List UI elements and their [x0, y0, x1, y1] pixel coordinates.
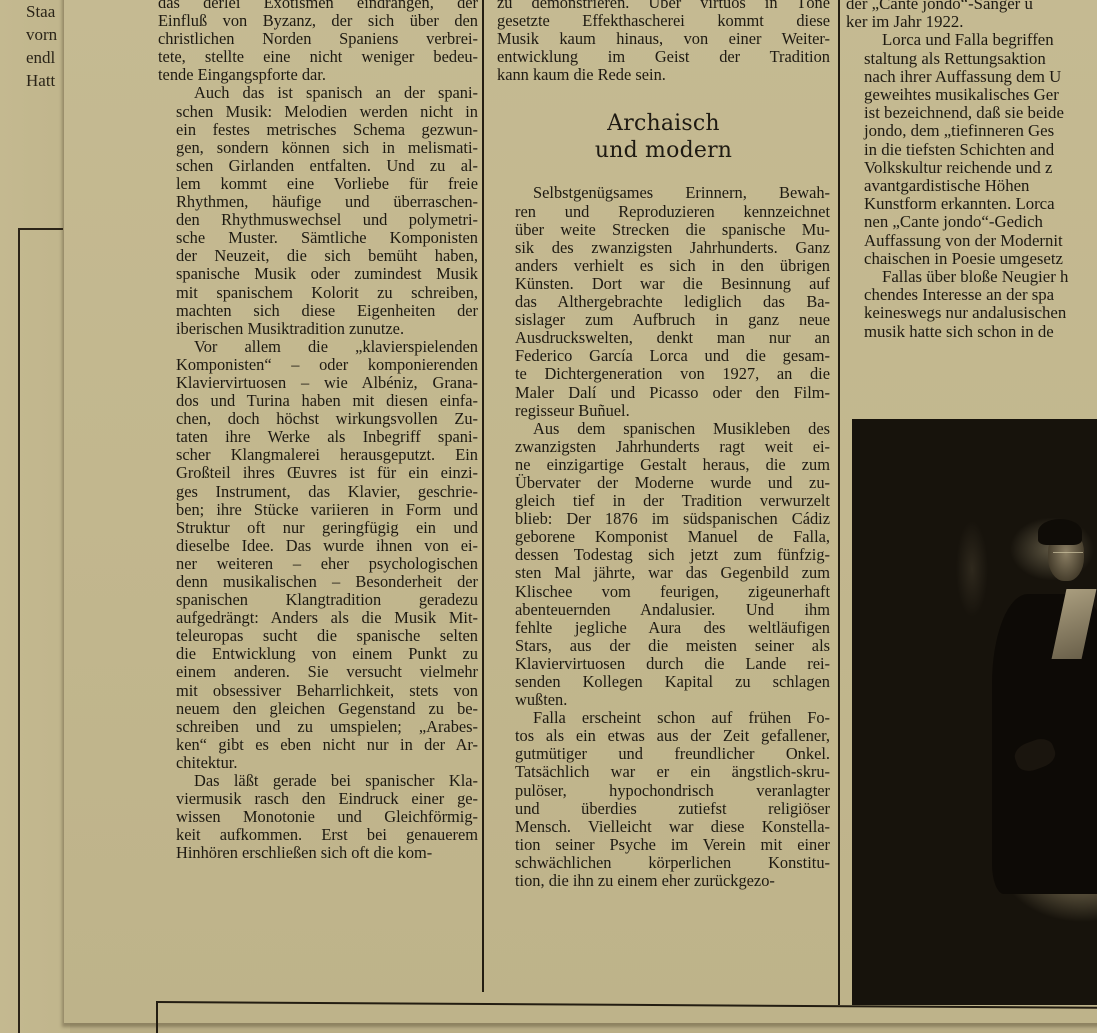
text-line: sten Mal jährte, war das Gegenbild zum: [497, 564, 830, 582]
text-line: Künsten. Dort war die Besinnung auf: [497, 275, 830, 293]
text-line: Hinhören erschließen sich oft die kom-: [158, 844, 478, 862]
text-line: nen „Cante jondo“-Gedich: [846, 213, 1097, 231]
photo-figure-hair: [1038, 519, 1082, 545]
text-line: lem kommt eine Vorliebe für freie: [158, 175, 478, 193]
text-line: über weite Strecken die spanische Mu-: [497, 221, 830, 239]
text-line: senden Kollegen Kapital zu schlagen: [497, 673, 830, 691]
text-line: keit aufkommen. Erst bei genauerem: [158, 826, 478, 844]
text-line: chendes Interesse an der spa: [846, 286, 1097, 304]
article-column-3: der „Cante jondo“-Sänger uker im Jahr 19…: [846, 0, 1097, 341]
text-line: geweihtes musikalisches Ger: [846, 86, 1097, 104]
text-line: schen Musik: Melodien werden nicht in: [158, 103, 478, 121]
underlying-page: Staa vorn endl Hatt: [0, 0, 70, 1033]
paragraph: Fallas über bloße Neugier hchendes Inter…: [846, 268, 1097, 341]
text-line: ben; ihre Stücke variieren in Form und: [158, 501, 478, 519]
text-line: chaischen in Poesie umgesetz: [846, 250, 1097, 268]
text-line: regisseur Buñuel.: [497, 402, 830, 420]
text-line: neuem den gleichen Gegenstand zu be-: [158, 700, 478, 718]
paragraph: Vor allem die „klavierspielendenKomponis…: [158, 338, 478, 772]
paragraph: Aus dem spanischen Musikleben deszwanzig…: [497, 420, 830, 710]
article-column-1: das derlei Exotismen eindrangen, derEinf…: [158, 0, 478, 863]
text-line: Klischee vom feurigen, zigeunerhaft: [497, 583, 830, 601]
text-line: Großteil ihres Œuvres ist für ein einzi-: [158, 464, 478, 482]
text-line: entwicklung im Geist der Tradition: [497, 48, 830, 66]
underlying-box-rule-vertical: [18, 229, 20, 1033]
text-line: aufgedrängt: Anders als die Musik Mit-: [158, 609, 478, 627]
text-line: iberischen Musiktradition zunutze.: [158, 320, 478, 338]
text-line: Ausdruckswelten, denkt man nur an: [497, 329, 830, 347]
text-line: Komponisten“ – oder komponierenden: [158, 356, 478, 374]
paragraph: Selbstgenügsames Erinnern, Bewah-ren und…: [497, 184, 830, 419]
text-line: tende Eingangspforte dar.: [158, 66, 478, 84]
text-line: ner weiteren – eher psychologischen: [158, 555, 478, 573]
text-line: staltung als Rettungsaktion: [846, 50, 1097, 68]
underlying-box-rule-horizontal: [18, 228, 63, 230]
text-line: tion, die ihn zu einem eher zurückgezo-: [497, 872, 830, 890]
text-line: anders verhielt es sich in den übrigen: [497, 257, 830, 275]
text-line: dos und Turina haben mit diesen einfa-: [158, 392, 478, 410]
column-rule-2: [838, 0, 840, 1005]
text-line: scher Klangmalerei herausgeputzt. Ein: [158, 446, 478, 464]
text-line: christlichen Norden Spaniens verbrei-: [158, 30, 478, 48]
text-line: abenteuernden Andalusier. Und ihm: [497, 601, 830, 619]
paragraph: das derlei Exotismen eindrangen, derEinf…: [158, 0, 478, 84]
text-line: Lorca und Falla begriffen: [846, 31, 1097, 49]
text-line: tete, stellte eine nicht weniger bedeu-: [158, 48, 478, 66]
text-line: gen, sondern können sich in melismati-: [158, 139, 478, 157]
text-line: Maler Dalí und Picasso oder den Film-: [497, 384, 830, 402]
text-line: Stars, aus der die meisten seiner als: [497, 637, 830, 655]
column-2-body: Selbstgenügsames Erinnern, Bewah-ren und…: [497, 184, 830, 890]
text-line: schwächlichen körperlichen Konstitu-: [497, 854, 830, 872]
text-line: machten sich diese Eigenheiten der: [158, 302, 478, 320]
text-line: schreiben und zu umspielen; „Arabes-: [158, 718, 478, 736]
fragment: Staa: [26, 0, 66, 23]
paragraph: der „Cante jondo“-Sänger uker im Jahr 19…: [846, 0, 1097, 31]
text-line: Fallas über bloße Neugier h: [846, 268, 1097, 286]
text-line: chitektur.: [158, 754, 478, 772]
text-line: fehlte jegliche Aura des weltläufigen: [497, 619, 830, 637]
text-line: tion seiner Psyche im Verein mit einer: [497, 836, 830, 854]
text-line: Auffassung von der Modernit: [846, 232, 1097, 250]
text-line: wußten.: [497, 691, 830, 709]
text-line: mit spanischem Kolorit zu schreiben,: [158, 284, 478, 302]
subheading-line-2: und modern: [595, 138, 732, 163]
text-line: das Althergebrachte lediglich das Ba-: [497, 293, 830, 311]
text-line: sislager zum Aufbruch in ganz neue: [497, 311, 830, 329]
text-line: ne einzigartige Gestalt heraus, die zum: [497, 456, 830, 474]
text-line: pulöser, hypochondrisch veranlagter: [497, 782, 830, 800]
fragment: endl: [26, 46, 66, 69]
text-line: den Rhythmuswechsel und polymetri-: [158, 211, 478, 229]
text-line: nach ihrer Auffassung dem U: [846, 68, 1097, 86]
paragraph: Lorca und Falla begriffenstaltung als Re…: [846, 31, 1097, 268]
text-line: wissen Monotonie und Gleichförmig-: [158, 808, 478, 826]
text-line: dessen Todestag sich jetzt zum fünfzig-: [497, 546, 830, 564]
text-line: jondo, dem „tiefinneren Ges: [846, 122, 1097, 140]
text-line: mit obsessiver Beharrlichkeit, stets von: [158, 682, 478, 700]
fragment: vorn: [26, 23, 66, 46]
text-line: kann kaum die Rede sein.: [497, 66, 830, 84]
text-line: ken“ gibt es eben nicht nur in der Ar-: [158, 736, 478, 754]
text-line: Das läßt gerade bei spanischer Kla-: [158, 772, 478, 790]
text-line: viermusik rasch den Eindruck einer ge-: [158, 790, 478, 808]
text-line: spanischen Klangtradition geradezu: [158, 591, 478, 609]
text-line: blieb: Der 1876 im südspanischen Cádiz: [497, 510, 830, 528]
text-line: keineswegs nur andalusischen: [846, 304, 1097, 322]
text-line: Auch das ist spanisch an der spani-: [158, 84, 478, 102]
text-line: Aus dem spanischen Musikleben des: [497, 420, 830, 438]
fragment: Hatt: [26, 69, 66, 92]
text-line: spanische Musik oder zumindest Musik: [158, 265, 478, 283]
text-line: der Neuzeit, die sich bemüht haben,: [158, 247, 478, 265]
text-line: sche Muster. Sämtliche Komponisten: [158, 229, 478, 247]
text-line: gleich tief in der Tradition verwurzelt: [497, 492, 830, 510]
text-line: einem anderen. Sie versucht vielmehr: [158, 663, 478, 681]
article-column-2: zu demonstrieren. Über virtuos in Tönege…: [497, 0, 830, 890]
paragraph: Falla erscheint schon auf frühen Fo-tos …: [497, 709, 830, 890]
text-line: gutmütiger und freundlicher Onkel.: [497, 745, 830, 763]
text-line: Vor allem die „klavierspielenden: [158, 338, 478, 356]
photo-figure-glasses: [1053, 552, 1083, 559]
text-line: Federico García Lorca und die gesam-: [497, 347, 830, 365]
bottom-box-rule-vertical: [156, 1002, 158, 1033]
text-line: Struktur oft nur geringfügig ein und: [158, 519, 478, 537]
paragraph: Das läßt gerade bei spanischer Kla-vierm…: [158, 772, 478, 862]
text-line: ges Instrument, das Klavier, geschrie-: [158, 483, 478, 501]
text-line: ein festes metrisches Schema gezwun-: [158, 121, 478, 139]
text-line: musik hatte sich schon in de: [846, 323, 1097, 341]
text-line: teleuropas sucht die spanische selten: [158, 627, 478, 645]
text-line: Mensch. Vielleicht war diese Konstella-: [497, 818, 830, 836]
text-line: gesetzte Effekthascherei kommt diese: [497, 12, 830, 30]
text-line: Kunstform erkannten. Lorca: [846, 195, 1097, 213]
section-subheading: Archaisch und modern: [497, 110, 830, 164]
text-line: Einfluß von Byzanz, der sich über den: [158, 12, 478, 30]
text-line: avantgardistische Höhen: [846, 177, 1097, 195]
text-line: Tatsächlich war er ein ängstlich-skru-: [497, 763, 830, 781]
text-line: ist bezeichnend, daß sie beide: [846, 104, 1097, 122]
text-line: te Dichtergeneration von 1927, an die: [497, 365, 830, 383]
subheading-line-1: Archaisch: [607, 111, 720, 136]
text-line: chen, doch höchst wirkungsvollen Zu-: [158, 410, 478, 428]
text-line: und überdies zutiefst religiöser: [497, 800, 830, 818]
text-line: ker im Jahr 1922.: [846, 13, 1097, 31]
underlying-page-text-fragments: Staa vorn endl Hatt: [26, 0, 66, 92]
text-line: Klaviervirtuosen durch die Lande rei-: [497, 655, 830, 673]
text-line: die Entwicklung von einem Punkt zu: [158, 645, 478, 663]
text-line: sik des zwanzigsten Jahrhunderts. Ganz: [497, 239, 830, 257]
text-line: denn musikalischen – Besonderheit der: [158, 573, 478, 591]
text-line: Falla erscheint schon auf frühen Fo-: [497, 709, 830, 727]
text-line: Klaviervirtuosen – wie Albéniz, Grana-: [158, 374, 478, 392]
paragraph: Auch das ist spanisch an der spani-schen…: [158, 84, 478, 337]
text-line: Selbstgenügsames Erinnern, Bewah-: [497, 184, 830, 202]
text-line: dieselbe Idee. Das wurde ihnen von ei-: [158, 537, 478, 555]
text-line: tos als ein etwas aus der Zeit gefallene…: [497, 727, 830, 745]
text-line: Musik kaum hinaus, von einer Weiter-: [497, 30, 830, 48]
text-line: zwanzigsten Jahrhunderts ragt weit ei-: [497, 438, 830, 456]
text-line: Volkskultur reichende und z: [846, 159, 1097, 177]
portrait-photo: [852, 419, 1097, 1005]
text-line: ren und Reproduzieren kennzeichnet: [497, 203, 830, 221]
text-line: taten ihre Werke als Inbegriff spani-: [158, 428, 478, 446]
paragraph: zu demonstrieren. Über virtuos in Tönege…: [497, 0, 830, 84]
text-line: geborene Komponist Manuel de Falla,: [497, 528, 830, 546]
text-line: Rhythmen, häufige und überraschen-: [158, 193, 478, 211]
text-line: Übervater der Moderne wurde und zu-: [497, 474, 830, 492]
text-line: schen Girlanden entfalten. Und zu al-: [158, 157, 478, 175]
text-line: in die tiefsten Schichten and: [846, 141, 1097, 159]
column-rule-1: [482, 0, 484, 992]
